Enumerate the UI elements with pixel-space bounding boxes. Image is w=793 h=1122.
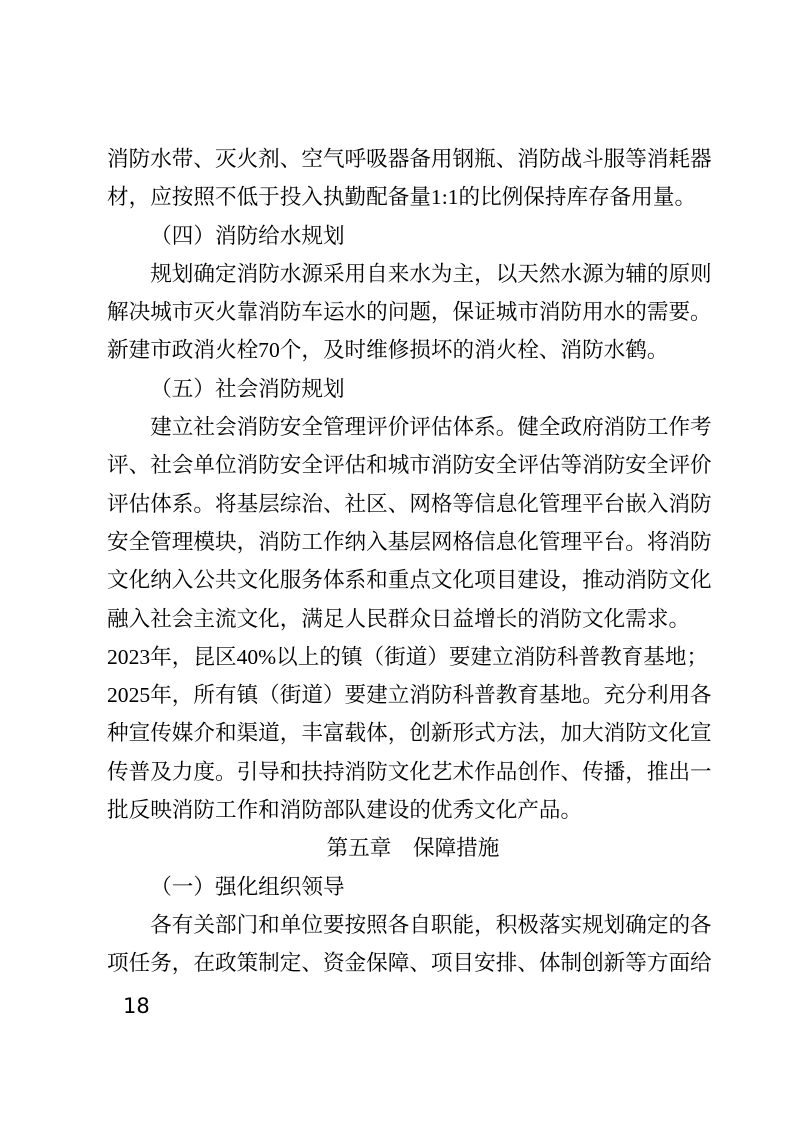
document-line: 安全管理模块，消防工作纳入基层网格信息化管理平台。将消防 — [107, 523, 719, 561]
document-line: 建立社会消防安全管理评价评估体系。健全政府消防工作考 — [107, 408, 719, 446]
document-line: 消防水带、灭火剂、空气呼吸器备用钢瓶、消防战斗服等消耗器 — [107, 140, 719, 178]
document-line: 传普及力度。引导和扶持消防文化艺术作品创作、传播，推出一 — [107, 753, 719, 791]
latin-text: 70 — [258, 338, 280, 362]
section-heading: （五）社会消防规划 — [107, 370, 719, 408]
section-heading: （一）强化组织领导 — [107, 868, 719, 906]
document-line: 各有关部门和单位要按照各自职能，积极落实规划确定的各 — [107, 906, 719, 944]
document-line: 项任务，在政策制定、资金保障、项目安排、体制创新等方面给 — [107, 944, 719, 982]
document-line: 融入社会主流文化，满足人民群众日益增长的消防文化需求。 — [107, 600, 719, 638]
document-line: 解决城市灭火靠消防车运水的问题，保证城市消防用水的需要。 — [107, 293, 719, 331]
document-line: 2025年，所有镇（街道）要建立消防科普教育基地。充分利用各 — [107, 676, 719, 714]
latin-text: 40% — [237, 645, 277, 669]
document-line: 新建市政消火栓70个，及时维修损坏的消火栓、消防水鹤。 — [107, 331, 719, 369]
document-line: 批反映消防工作和消防部队建设的优秀文化产品。 — [107, 791, 719, 829]
document-line: 规划确定消防水源采用自来水为主，以天然水源为辅的原则 — [107, 255, 719, 293]
document-line: 材，应按照不低于投入执勤配备量1:1的比例保持库存备用量。 — [107, 178, 719, 216]
latin-text: 2023 — [107, 645, 150, 669]
document-line: 文化纳入公共文化服务体系和重点文化项目建设，推动消防文化 — [107, 561, 719, 599]
section-heading: （四）消防给水规划 — [107, 217, 719, 255]
document-body: 消防水带、灭火剂、空气呼吸器备用钢瓶、消防战斗服等消耗器材，应按照不低于投入执勤… — [107, 140, 719, 983]
latin-text: 1:1 — [431, 185, 459, 209]
document-line: 2023年，昆区40%以上的镇（街道）要建立消防科普教育基地； — [107, 638, 719, 676]
document-line: 种宣传媒介和渠道，丰富载体，创新形式方法，加大消防文化宣 — [107, 714, 719, 752]
page-number: 18 — [123, 993, 150, 1019]
document-line: 评、社会单位消防安全评估和城市消防安全评估等消防安全评价 — [107, 446, 719, 484]
chapter-heading: 第五章 保障措施 — [107, 829, 719, 867]
document-line: 评估体系。将基层综治、社区、网格等信息化管理平台嵌入消防 — [107, 485, 719, 523]
latin-text: 2025 — [107, 683, 150, 707]
document-page: 消防水带、灭火剂、空气呼吸器备用钢瓶、消防战斗服等消耗器材，应按照不低于投入执勤… — [0, 0, 793, 1122]
